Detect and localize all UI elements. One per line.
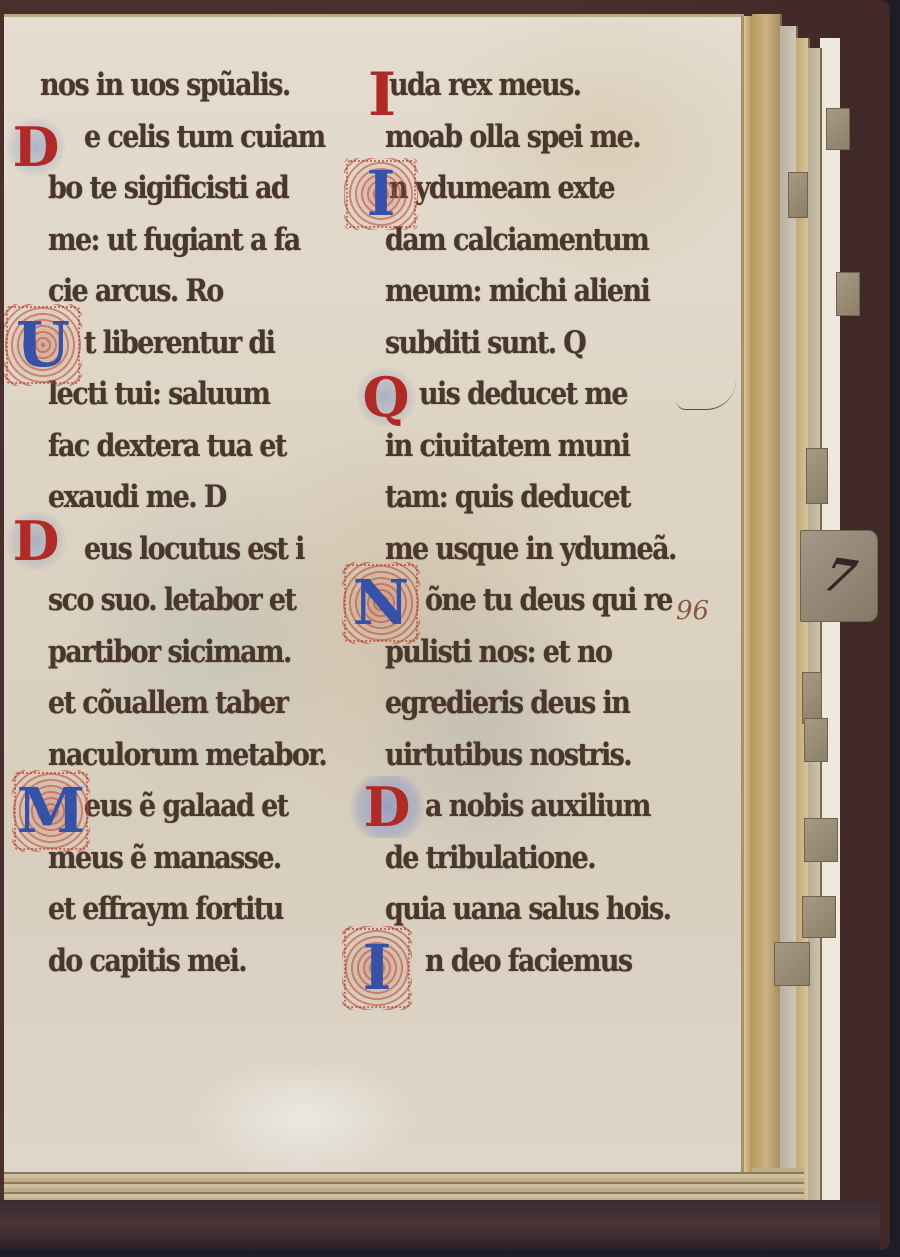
text-line: meum: michi alieni	[385, 262, 675, 321]
text-line: de tribulatione.	[385, 829, 675, 888]
text-line: sco suo. letabor et	[40, 571, 330, 630]
index-tab[interactable]	[802, 896, 836, 938]
text-line: partibor sicimam.	[40, 623, 330, 682]
text-line: n deo faciemus	[385, 932, 675, 991]
tab-label: 7	[812, 549, 866, 604]
page-stack-edge	[752, 14, 782, 1204]
text-line: õne tu deus qui re	[385, 571, 675, 630]
index-tab[interactable]	[826, 108, 850, 150]
initial-letter-illuminated: N	[342, 562, 420, 644]
index-tab[interactable]	[836, 272, 860, 316]
text-line: a nobis auxilium	[385, 777, 675, 836]
text-line: et effraym fortitu	[40, 880, 330, 939]
text-line: uirtutibus nostris.	[385, 726, 675, 785]
text-line: me: ut fugiant a fa	[40, 211, 330, 270]
initial-letter-red: I	[362, 60, 402, 130]
text-line: et cõuallem taber	[40, 674, 330, 733]
text-line: moab olla spei me.	[385, 108, 675, 167]
initial-letter-illuminated: I	[342, 926, 412, 1010]
initial-letter-red: Q	[356, 368, 416, 426]
initial-letter-illuminated: M	[12, 770, 90, 852]
manuscript-photo: 7 nos in uos spũalis. e celis tum cuiam …	[0, 0, 900, 1257]
text-line: e celis tum cuiam	[40, 108, 330, 167]
index-tab[interactable]	[804, 818, 838, 862]
flyleaf-edge	[820, 38, 840, 1208]
text-line: me usque in ydumeã.	[385, 520, 675, 579]
text-line: pulisti nos: et no	[385, 623, 675, 682]
text-line: do capitis mei.	[40, 932, 330, 991]
index-tab[interactable]	[802, 672, 822, 724]
folio-number: 96	[676, 596, 709, 626]
text-line: egredieris deus in	[385, 674, 675, 733]
text-line: fac dextera tua et	[40, 417, 330, 476]
text-line: dam calciamentum	[385, 211, 675, 270]
initial-letter-illuminated: I	[344, 158, 418, 230]
index-tab[interactable]	[774, 942, 810, 986]
text-column-right: uda rex meus. moab olla spei me. n ydume…	[385, 60, 675, 987]
text-line: quia uana salus hois.	[385, 880, 675, 939]
large-index-tab[interactable]: 7	[800, 530, 878, 622]
text-line: eus locutus est i	[40, 520, 330, 579]
index-tab[interactable]	[804, 718, 828, 762]
text-line: in ciuitatem muni	[385, 417, 675, 476]
text-line: nos in uos spũalis.	[40, 56, 330, 115]
page-stack-edge	[808, 48, 822, 1208]
binding-lower-edge	[0, 1200, 880, 1250]
text-line: n ydumeam exte	[385, 159, 675, 218]
index-tab[interactable]	[806, 448, 828, 504]
initial-letter-red: D	[350, 776, 424, 838]
text-line: subditi sunt. Q	[385, 314, 675, 373]
text-line: uda rex meus.	[385, 56, 675, 115]
initial-letter-illuminated: U	[4, 304, 82, 386]
text-line: tam: quis deducet	[385, 468, 675, 527]
initial-letter-red: D	[6, 118, 66, 176]
text-line: cie arcus. Ro	[40, 262, 330, 321]
text-line: exaudi me. D	[40, 468, 330, 527]
text-line: lecti tui: saluum	[40, 365, 330, 424]
index-tab[interactable]	[788, 172, 808, 218]
initial-letter-red: D	[6, 512, 66, 570]
text-line: uis deducet me	[385, 365, 675, 424]
text-line: bo te sigificisti ad	[40, 159, 330, 218]
text-line: t liberentur di	[40, 314, 330, 373]
